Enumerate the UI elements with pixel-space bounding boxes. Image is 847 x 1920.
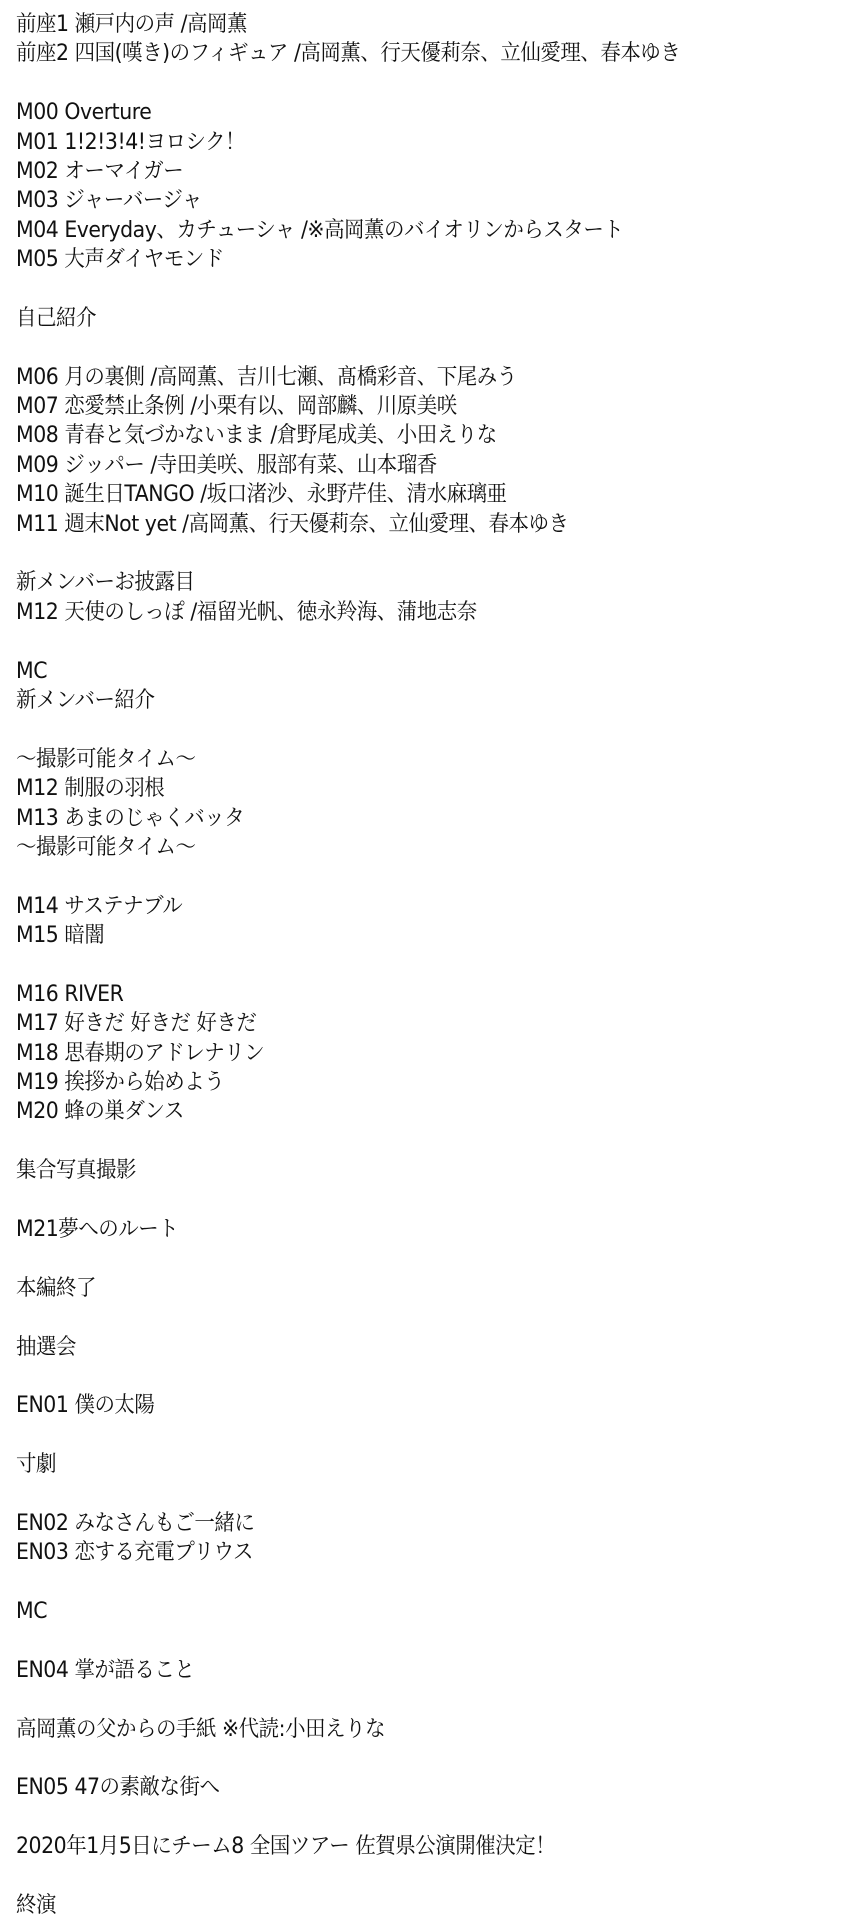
- setlist-section-line: 新メンバーお披露目: [16, 568, 783, 597]
- blank-line: [16, 1862, 841, 1891]
- setlist-song-line: M10 誕生日TANGO /坂口渚沙、永野芹佳、清水麻璃亜: [16, 480, 783, 509]
- setlist-song-line: M07 恋愛禁止条例 /小栗有以、岡部麟、川原美咲: [16, 392, 783, 421]
- blank-line: [16, 1685, 841, 1714]
- setlist-section-line: 寸劇: [16, 1450, 783, 1479]
- setlist-song-line: M15 暗闇: [16, 921, 783, 950]
- setlist-song-line: M11 週末Not yet /高岡薫、行天優莉奈、立仙愛理、春本ゆき: [16, 510, 783, 539]
- blank-line: [16, 1744, 841, 1773]
- setlist-section-line: ～撮影可能タイム～: [16, 745, 783, 774]
- setlist-song-line: M02 オーマイガー: [16, 157, 783, 186]
- setlist-song-line: EN05 47の素敵な街へ: [16, 1773, 783, 1802]
- blank-line: [16, 333, 841, 362]
- blank-line: [16, 1421, 841, 1450]
- setlist-section-line: 前座2 四国(嘆き)のフィギュア /高岡薫、行天優莉奈、立仙愛理、春本ゆき: [16, 39, 783, 68]
- setlist-song-line: EN01 僕の太陽: [16, 1391, 783, 1420]
- setlist-section-line: 自己紹介: [16, 304, 783, 333]
- setlist-song-line: M14 サステナブル: [16, 892, 783, 921]
- setlist-song-line: M05 大声ダイヤモンド: [16, 245, 783, 274]
- blank-line: [16, 1480, 841, 1509]
- setlist-song-line: M04 Everyday、カチューシャ /※高岡薫のバイオリンからスタート: [16, 216, 783, 245]
- blank-line: [16, 951, 841, 980]
- blank-line: [16, 1127, 841, 1156]
- blank-line: [16, 1626, 841, 1655]
- setlist-song-line: M20 蜂の巣ダンス: [16, 1097, 783, 1126]
- blank-line: [16, 1244, 841, 1273]
- setlist-song-line: EN02 みなさんもご一緒に: [16, 1509, 783, 1538]
- setlist-song-line: M13 あまのじゃくバッタ: [16, 804, 783, 833]
- setlist-section-line: 抽選会: [16, 1333, 783, 1362]
- blank-line: [16, 1803, 841, 1832]
- setlist-song-line: EN04 掌が語ること: [16, 1656, 783, 1685]
- blank-line: [16, 627, 841, 656]
- blank-line: [16, 1303, 841, 1332]
- setlist-song-line: M06 月の裏側 /高岡薫、吉川七瀬、髙橋彩音、下尾みう: [16, 363, 783, 392]
- blank-line: [16, 69, 841, 98]
- blank-line: [16, 862, 841, 891]
- blank-line: [16, 539, 841, 568]
- setlist-song-line: M16 RIVER: [16, 980, 783, 1009]
- setlist-section-line: 2020年1月5日にチーム8 全国ツアー 佐賀県公演開催決定！: [16, 1832, 783, 1861]
- setlist-song-line: M09 ジッパー /寺田美咲、服部有菜、山本瑠香: [16, 451, 783, 480]
- blank-line: [16, 275, 841, 304]
- setlist-song-line: EN03 恋する充電プリウス: [16, 1538, 783, 1567]
- blank-line: [16, 1568, 841, 1597]
- blank-line: [16, 1186, 841, 1215]
- setlist-section-line: MC: [16, 1597, 783, 1626]
- setlist-song-line: M12 制服の羽根: [16, 774, 783, 803]
- setlist-song-line: M18 思春期のアドレナリン: [16, 1039, 783, 1068]
- setlist-section-line: 高岡薫の父からの手紙 ※代読:小田えりな: [16, 1715, 783, 1744]
- setlist-song-line: M00 Overture: [16, 98, 783, 127]
- setlist-song-line: M08 青春と気づかないまま /倉野尾成美、小田えりな: [16, 421, 783, 450]
- setlist-section-line: MC: [16, 657, 783, 686]
- setlist-song-line: M17 好きだ 好きだ 好きだ: [16, 1009, 783, 1038]
- setlist-song-line: M03 ジャーバージャ: [16, 186, 783, 215]
- setlist-section-line: 本編終了: [16, 1274, 783, 1303]
- setlist-song-line: M01 1!2!3!4!ヨロシク！: [16, 128, 783, 157]
- setlist-song-line: M12 天使のしっぽ /福留光帆、徳永羚海、蒲地志奈: [16, 598, 783, 627]
- setlist-section-line: ～撮影可能タイム～: [16, 833, 783, 862]
- setlist-song-line: M21夢へのルート: [16, 1215, 783, 1244]
- setlist-section-line: 前座1 瀬戸内の声 /高岡薫: [16, 10, 783, 39]
- setlist-section-line: 新メンバー紹介: [16, 686, 783, 715]
- blank-line: [16, 1362, 841, 1391]
- setlist-section-line: 終演: [16, 1891, 783, 1920]
- setlist-document: 前座1 瀬戸内の声 /高岡薫前座2 四国(嘆き)のフィギュア /高岡薫、行天優莉…: [16, 10, 841, 1920]
- setlist-section-line: 集合写真撮影: [16, 1156, 783, 1185]
- setlist-song-line: M19 挨拶から始めよう: [16, 1068, 783, 1097]
- blank-line: [16, 715, 841, 744]
